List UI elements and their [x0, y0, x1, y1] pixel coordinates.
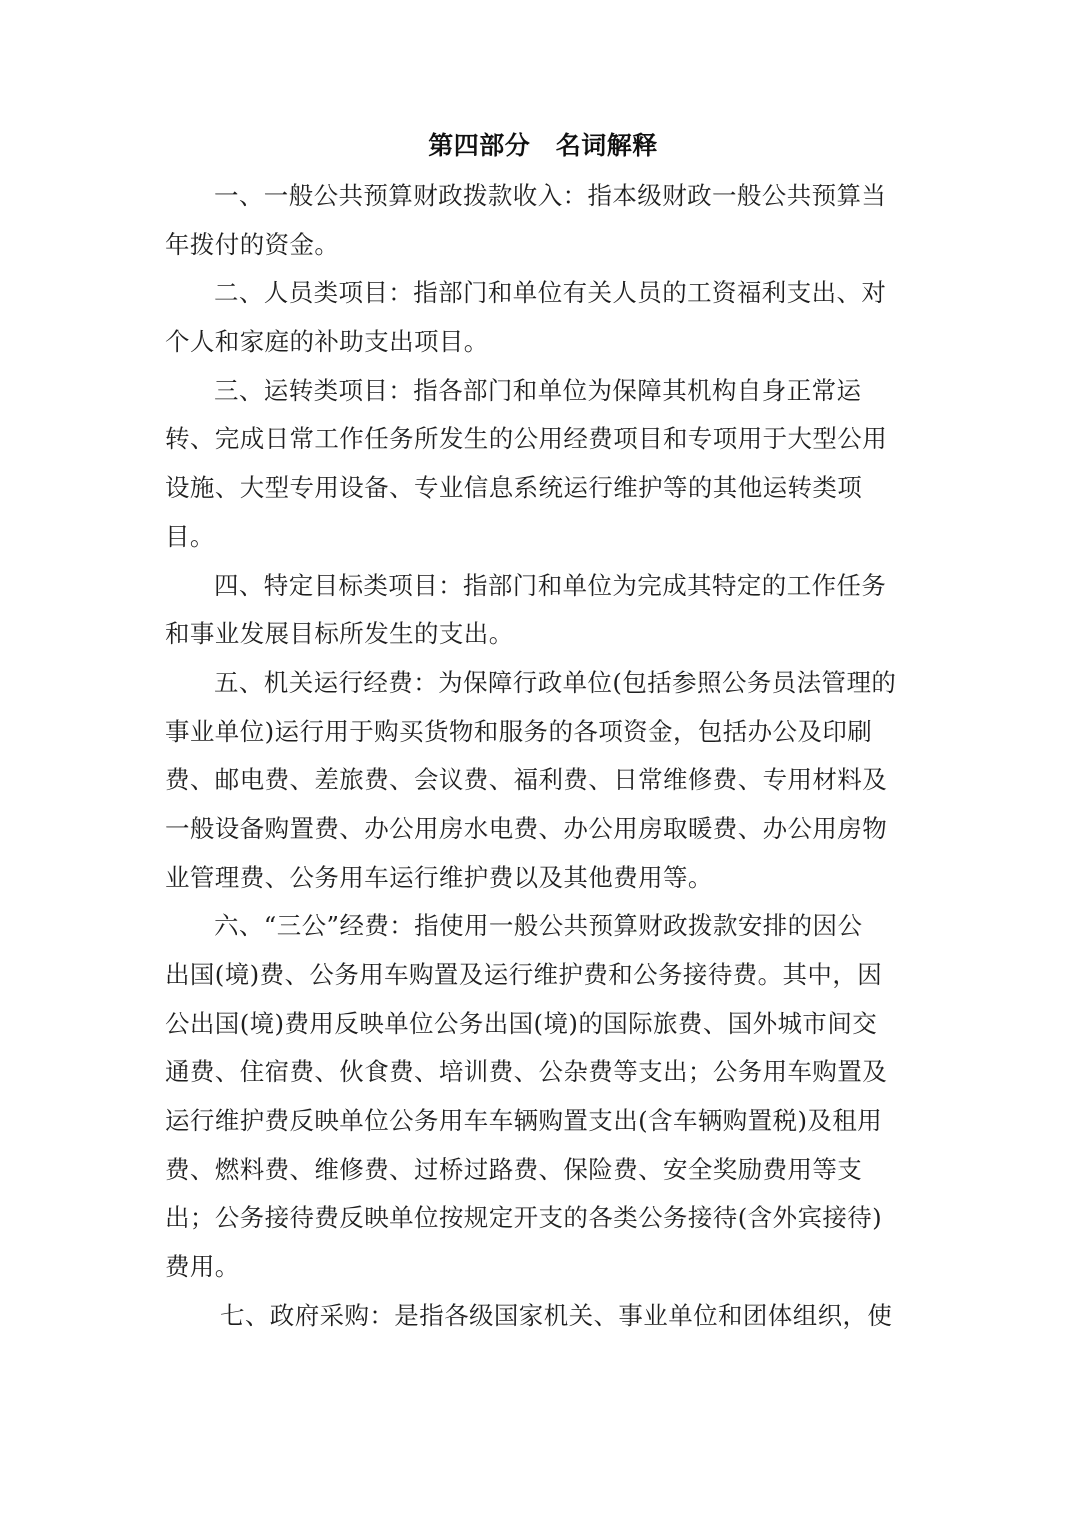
paragraph-line: 个人和家庭的补助支出项目。: [165, 324, 925, 373]
paragraph-line: 转、完成日常工作任务所发生的公用经费项目和专项用于大型公用: [165, 421, 925, 470]
paragraph-line: 业管理费、公务用车运行维护费以及其他费用等。: [165, 860, 925, 909]
paragraph-line: 和事业发展目标所发生的支出。: [165, 616, 925, 665]
document-page: 第四部分 名词解释 一、一般公共预算财政拨款收入：指本级财政一般公共预算当 年拨…: [0, 0, 1074, 1520]
paragraph-line: 三、运转类项目：指各部门和单位为保障其机构自身正常运: [165, 373, 925, 422]
paragraph-line: 目。: [165, 519, 925, 568]
paragraph-line: 事业单位)运行用于购买货物和服务的各项资金，包括办公及印刷: [165, 714, 925, 763]
paragraph-line: 通费、住宿费、伙食费、培训费、公杂费等支出；公务用车购置及: [165, 1054, 925, 1103]
paragraph-line: 费用。: [165, 1249, 925, 1298]
paragraph-line: 五、机关运行经费：为保障行政单位(包括参照公务员法管理的: [165, 665, 925, 714]
paragraph-line: 四、特定目标类项目：指部门和单位为完成其特定的工作任务: [165, 568, 925, 617]
paragraph-line: 一、一般公共预算财政拨款收入：指本级财政一般公共预算当: [165, 178, 925, 227]
paragraph-line: 年拨付的资金。: [165, 227, 925, 276]
paragraph-line: 设施、大型专用设备、专业信息系统运行维护等的其他运转类项: [165, 470, 925, 519]
paragraph-line: 运行维护费反映单位公务用车车辆购置支出(含车辆购置税)及租用: [165, 1103, 925, 1152]
paragraph-line: 公出国(境)费用反映单位公务出国(境)的国际旅费、国外城市间交: [165, 1006, 925, 1055]
paragraph-line: 出国(境)费、公务用车购置及运行维护费和公务接待费。其中，因: [165, 957, 925, 1006]
paragraph-line: 费、邮电费、差旅费、会议费、福利费、日常维修费、专用材料及: [165, 762, 925, 811]
paragraph-line: 费、燃料费、维修费、过桥过路费、保险费、安全奖励费用等支: [165, 1152, 925, 1201]
document-body: 一、一般公共预算财政拨款收入：指本级财政一般公共预算当 年拨付的资金。 二、人员…: [165, 178, 925, 1347]
paragraph-line: 七、政府采购：是指各级国家机关、事业单位和团体组织，使: [165, 1298, 925, 1347]
paragraph-line: 六、“三公”经费：指使用一般公共预算财政拨款安排的因公: [165, 908, 925, 957]
page-title: 第四部分 名词解释: [0, 128, 1074, 164]
paragraph-line: 二、人员类项目：指部门和单位有关人员的工资福利支出、对: [165, 275, 925, 324]
paragraph-line: 出；公务接待费反映单位按规定开支的各类公务接待(含外宾接待): [165, 1200, 925, 1249]
paragraph-line: 一般设备购置费、办公用房水电费、办公用房取暖费、办公用房物: [165, 811, 925, 860]
